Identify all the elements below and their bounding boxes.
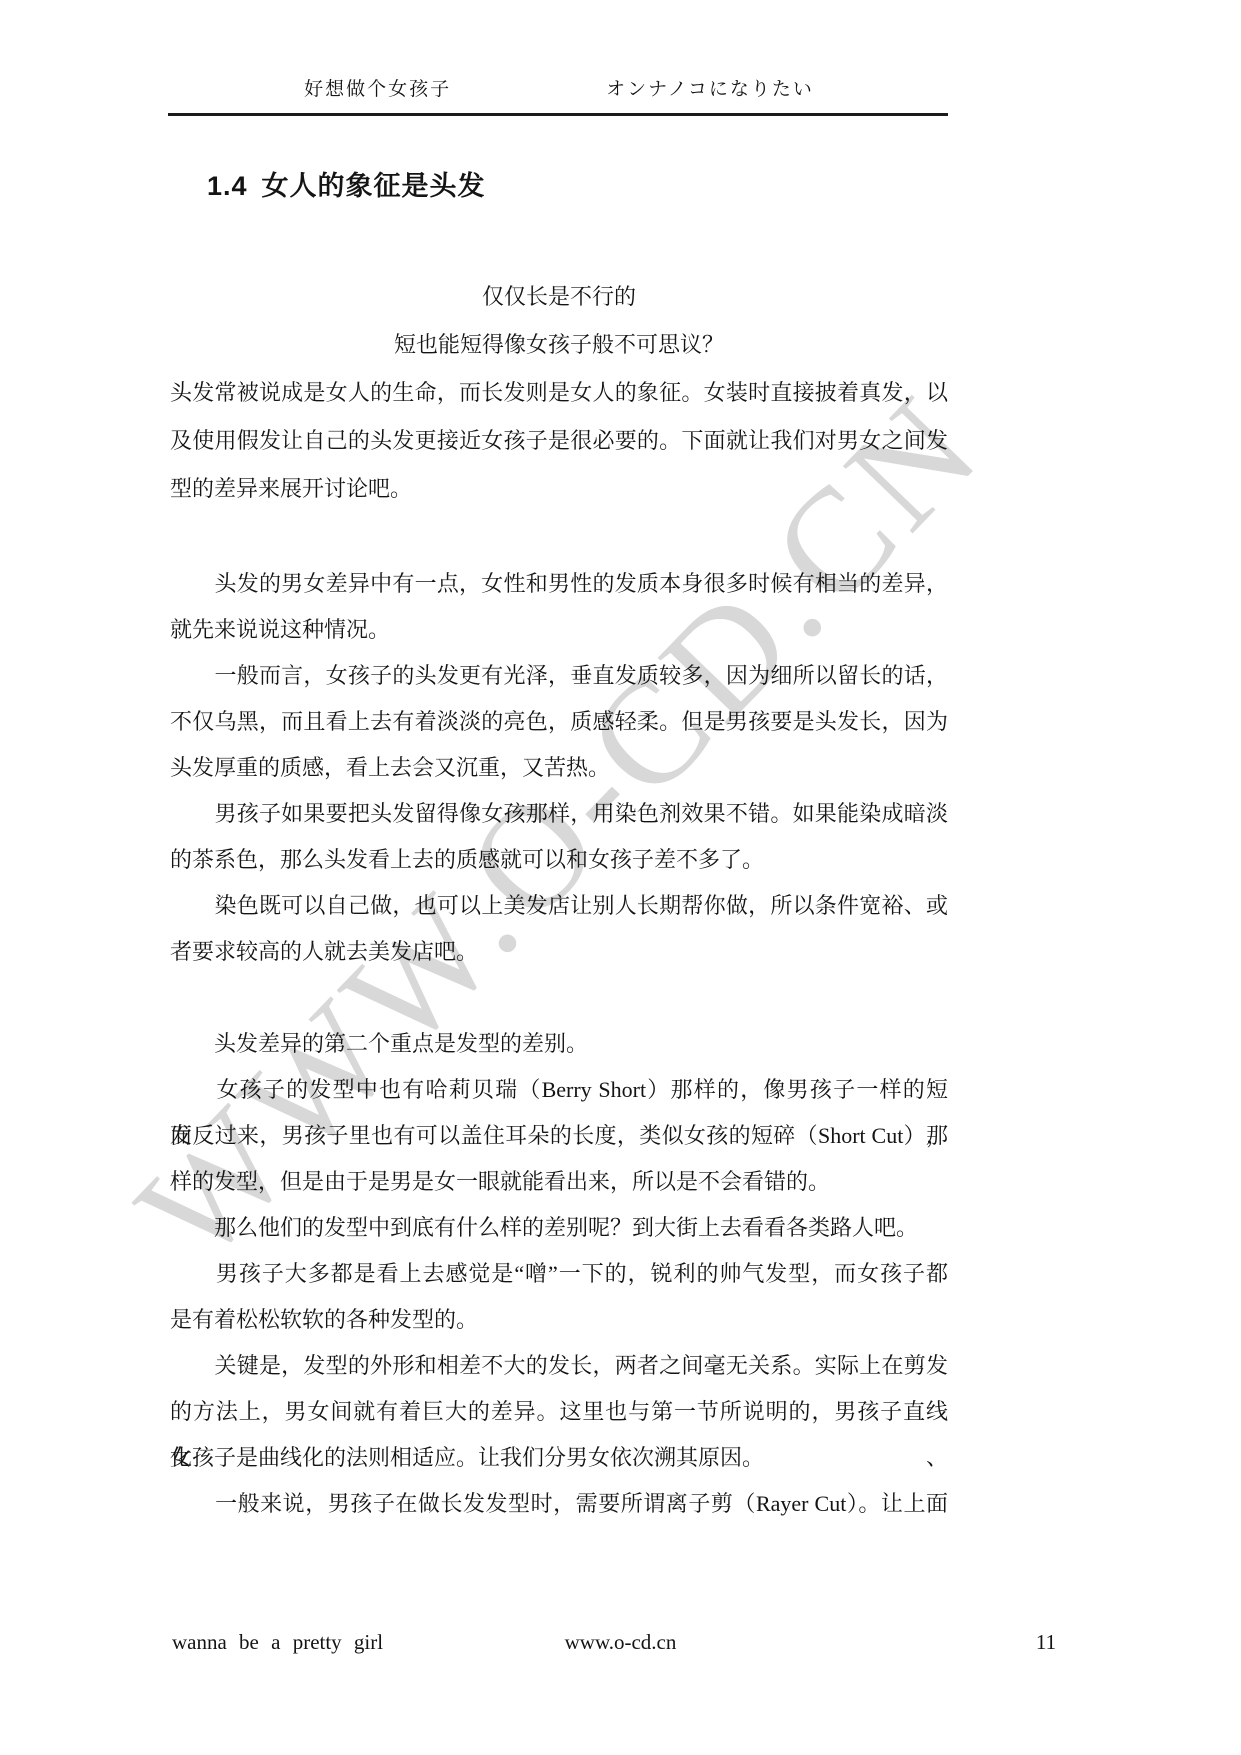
- text-line: 男孩子如果要把头发留得像女孩那样，用染色剂效果不错。如果能染成暗淡: [170, 791, 948, 837]
- paragraph: 一般来说，男孩子在做长发发型时，需要所谓离子剪（Rayer Cut）。让上面: [170, 1481, 948, 1527]
- text-line: 是有着松松软软的各种发型的。: [170, 1297, 948, 1343]
- heading-number: 1.4: [207, 171, 248, 201]
- text-line: 一般来说，男孩子在做长发发型时，需要所谓离子剪（Rayer Cut）。让上面: [170, 1481, 948, 1527]
- paragraph: 女孩子的发型中也有哈莉贝瑞（Berry Short）那样的，像男孩子一样的短发，…: [170, 1067, 948, 1205]
- paragraph-gap: [170, 975, 948, 1021]
- paragraph: 男孩子大多都是看上去感觉是“噌”一下的，锐利的帅气发型，而女孩子都是有着松松软软…: [170, 1251, 948, 1343]
- header-rule: [168, 113, 948, 116]
- page-header: 好想做个女孩子 オンナノコになりたい: [170, 74, 948, 101]
- text-line: 男孩子大多都是看上去感觉是“噌”一下的，锐利的帅气发型，而女孩子都: [170, 1251, 948, 1297]
- text-line: 的茶系色，那么头发看上去的质感就可以和女孩子差不多了。: [170, 837, 948, 883]
- text-line: 者要求较高的人就去美发店吧。: [170, 929, 948, 975]
- text-line: 的方法上，男女间就有着巨大的差异。这里也与第一节所说明的，男孩子直线化、: [170, 1389, 948, 1435]
- paragraph: 一般而言，女孩子的头发更有光泽，垂直发质较多，因为细所以留长的话，不仅乌黑，而且…: [170, 653, 948, 791]
- intro-paragraph: 头发常被说成是女人的生命，而长发则是女人的象征。女装时直接披着真发，以及使用假发…: [170, 369, 948, 513]
- paragraph: 头发差异的第二个重点是发型的差别。: [170, 1021, 948, 1067]
- intro-line: 及使用假发让自己的头发更接近女孩子是很必要的。下面就让我们对男女之间发: [170, 417, 948, 465]
- text-line: 一般而言，女孩子的头发更有光泽，垂直发质较多，因为细所以留长的话，: [170, 653, 948, 699]
- text-line: 样的发型，但是由于是男是女一眼就能看出来，所以是不会看错的。: [170, 1159, 948, 1205]
- document-page: WWW.O-CD.CN 好想做个女孩子 オンナノコになりたい 1.4女人的象征是…: [0, 0, 1241, 1755]
- epigraph-line: 仅仅长是不行的: [170, 273, 948, 321]
- paragraph: 那么他们的发型中到底有什么样的差别呢？到大街上去看看各类路人吧。: [170, 1205, 948, 1251]
- intro-line: 型的差异来展开讨论吧。: [170, 465, 948, 513]
- text-line: 染色既可以自己做，也可以上美发店让别人长期帮你做，所以条件宽裕、或: [170, 883, 948, 929]
- paragraph: 男孩子如果要把头发留得像女孩那样，用染色剂效果不错。如果能染成暗淡的茶系色，那么…: [170, 791, 948, 883]
- text-line: 就先来说说这种情况。: [170, 607, 948, 653]
- header-left-title: 好想做个女孩子: [304, 74, 451, 101]
- text-line: 那么他们的发型中到底有什么样的差别呢？到大街上去看看各类路人吧。: [170, 1205, 948, 1251]
- epigraph-line: 短也能短得像女孩子般不可思议？: [170, 321, 948, 369]
- paragraph: 关键是，发型的外形和相差不大的发长，两者之间毫无关系。实际上在剪发的方法上，男女…: [170, 1343, 948, 1481]
- text-line: 关键是，发型的外形和相差不大的发长，两者之间毫无关系。实际上在剪发: [170, 1343, 948, 1389]
- text-line: 而反过来，男孩子里也有可以盖住耳朵的长度，类似女孩的短碎（Short Cut）那: [170, 1113, 948, 1159]
- text-line: 不仅乌黑，而且看上去有着淡淡的亮色，质感轻柔。但是男孩要是头发长，因为: [170, 699, 948, 745]
- footer-page-number: 11: [1026, 1630, 1066, 1655]
- header-right-title: オンナノコになりたい: [606, 74, 814, 101]
- paragraph: 头发的男女差异中有一点，女性和男性的发质本身很多时候有相当的差异，就先来说说这种…: [170, 561, 948, 653]
- epigraph: 仅仅长是不行的短也能短得像女孩子般不可思议？: [170, 273, 948, 369]
- intro-line: 头发常被说成是女人的生命，而长发则是女人的象征。女装时直接披着真发，以: [170, 369, 948, 417]
- text-line: 头发差异的第二个重点是发型的差别。: [170, 1021, 948, 1067]
- intro-block: 仅仅长是不行的短也能短得像女孩子般不可思议？ 头发常被说成是女人的生命，而长发则…: [170, 273, 948, 513]
- section-heading: 1.4女人的象征是头发: [207, 166, 486, 206]
- text-line: 头发厚重的质感，看上去会又沉重，又苦热。: [170, 745, 948, 791]
- heading-title: 女人的象征是头发: [262, 171, 486, 201]
- paragraph: 染色既可以自己做，也可以上美发店让别人长期帮你做，所以条件宽裕、或者要求较高的人…: [170, 883, 948, 975]
- body-text: 头发的男女差异中有一点，女性和男性的发质本身很多时候有相当的差异，就先来说说这种…: [170, 561, 948, 1527]
- text-line: 头发的男女差异中有一点，女性和男性的发质本身很多时候有相当的差异，: [170, 561, 948, 607]
- text-line: 女孩子的发型中也有哈莉贝瑞（Berry Short）那样的，像男孩子一样的短发，: [170, 1067, 948, 1113]
